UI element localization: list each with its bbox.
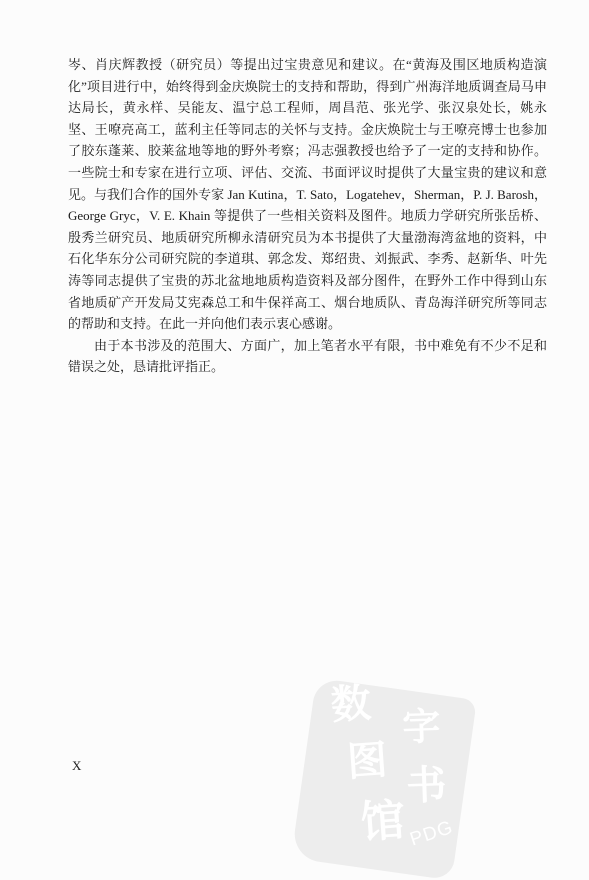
- seal-character-icon: 馆: [359, 799, 406, 846]
- preface-paragraph-closing: 由于本书涉及的范围大、方面广，加上笔者水平有限，书中难免有不少不足和错误之处，恳…: [68, 335, 547, 378]
- pdg-watermark-stamp: 数 字 图 书 馆 PDG: [291, 678, 477, 880]
- page-number: X: [72, 758, 81, 774]
- document-page: 岑、肖庆辉教授（研究员）等提出过宝贵意见和建议。在“黄海及围区地质构造演化”项目…: [0, 0, 589, 880]
- seal-character-icon: 字: [402, 708, 441, 747]
- seal-character-icon: 图: [346, 740, 389, 783]
- preface-text-block: 岑、肖庆辉教授（研究员）等提出过宝贵意见和建议。在“黄海及围区地质构造演化”项目…: [68, 54, 547, 378]
- seal-character-icon: 数: [330, 683, 373, 726]
- pdg-watermark-label: PDG: [407, 817, 456, 852]
- seal-character-icon: 书: [406, 765, 447, 806]
- preface-paragraph-continuation: 岑、肖庆辉教授（研究员）等提出过宝贵意见和建议。在“黄海及围区地质构造演化”项目…: [68, 54, 547, 335]
